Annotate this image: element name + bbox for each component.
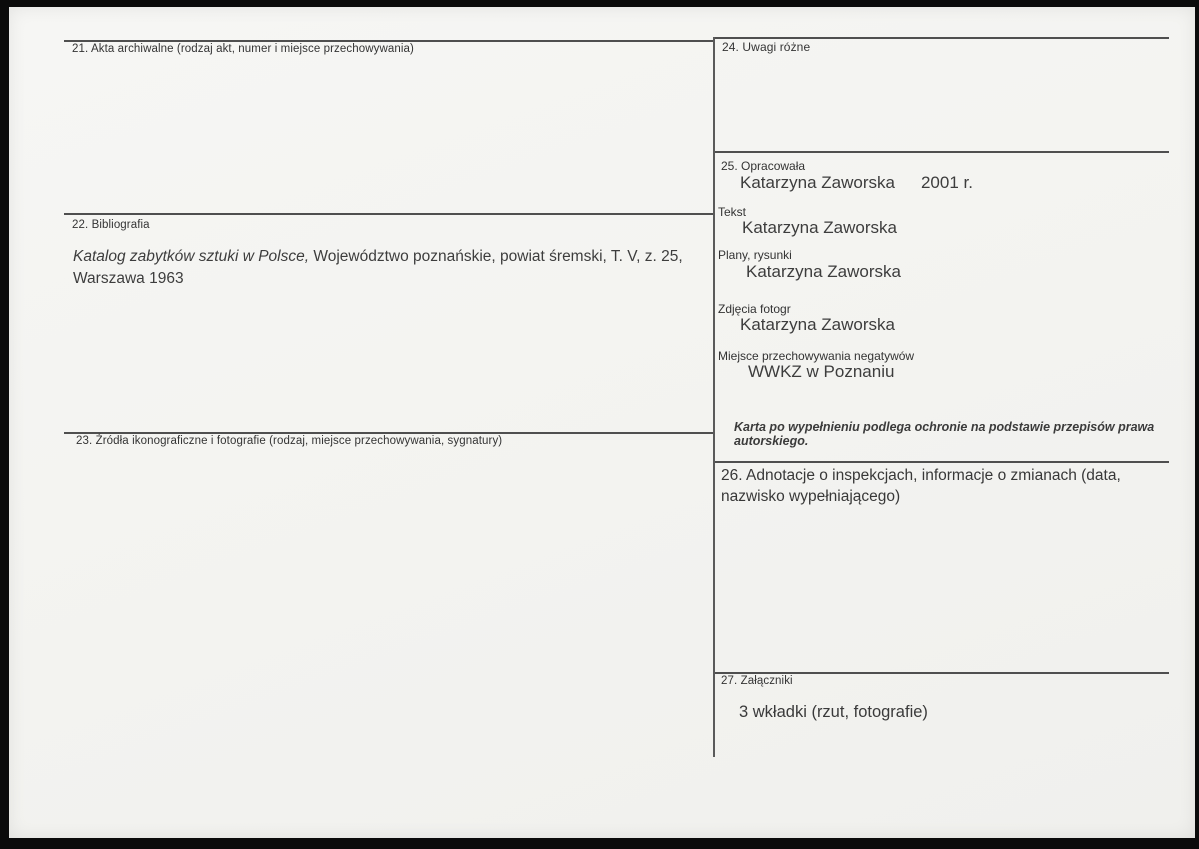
field26-label: 26. Adnotacje o inspekcjach, informacje … [721,465,1169,507]
record-card-page: 21. Akta archiwalne (rodzaj akt, numer i… [9,7,1195,838]
bibliography-title-italic: Katalog zabytków sztuki w Polsce, [73,248,309,265]
plany-rysunki-value: Katarzyna Zaworska [746,262,901,282]
rule-above-field24 [714,37,1169,39]
field23-label: 23. Źródła ikonograficzne i fotografie (… [76,435,502,447]
column-divider [713,37,715,757]
zdjecia-fotogr-value: Katarzyna Zaworska [740,315,895,335]
field25-author-value: Katarzyna Zaworska2001 r. [740,173,973,193]
rule-above-field23 [64,432,714,434]
author-name: Katarzyna Zaworska [740,173,895,192]
copyright-note: Karta po wypełnieniu podlega ochronie na… [734,420,1164,448]
field25-label: 25. Opracowała [721,159,805,173]
field21-label: 21. Akta archiwalne (rodzaj akt, numer i… [72,43,414,55]
scanned-record-card: 21. Akta archiwalne (rodzaj akt, numer i… [0,0,1199,849]
rule-above-field25 [714,151,1169,153]
field27-label: 27. Załączniki [721,675,793,687]
field22-label: 22. Bibliografia [72,219,150,231]
bibliography-rest: Województwo poznańskie, powiat śremski, … [309,248,683,265]
zdjecia-fotogr-label: Zdjęcia fotogr [718,302,791,316]
rule-above-field26 [714,461,1169,463]
rule-above-field21 [64,40,714,42]
field24-label: 24. Uwagi różne [722,40,810,54]
author-year: 2001 r. [921,173,973,192]
field27-value: 3 wkładki (rzut, fotografie) [739,703,928,722]
plany-rysunki-label: Plany, rysunki [718,248,792,262]
rule-above-field22 [64,213,714,215]
bibliography-line2: Warszawa 1963 [73,270,184,287]
rule-above-field27 [714,672,1169,674]
field22-bibliography-entry: Katalog zabytków sztuki w Polsce, Wojewó… [73,246,721,290]
negatywy-value: WWKZ w Poznaniu [748,362,894,382]
negatywy-label: Miejsce przechowywania negatywów [718,349,914,363]
tekst-value: Katarzyna Zaworska [742,218,897,238]
tekst-label: Tekst [718,205,746,219]
